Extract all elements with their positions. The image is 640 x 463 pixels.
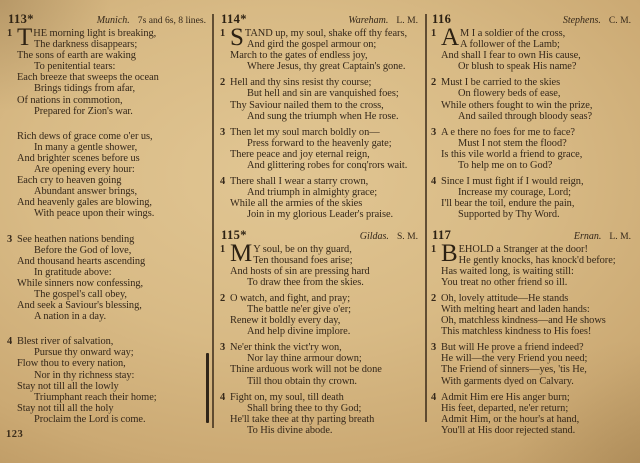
verse: 3A e there no foes for me to face?Must I… bbox=[432, 127, 634, 171]
verse-line: See heathen nations bending bbox=[17, 234, 209, 245]
verse-line: Ne'er think the vict'ry won, bbox=[230, 342, 421, 353]
verse-line: Oh, matchless kindness—and He shows bbox=[441, 315, 634, 326]
verse-line: He gently knocks, has knock'd before; bbox=[441, 255, 634, 266]
meter-label: C. M. bbox=[609, 15, 631, 26]
verse: 4There shall I wear a starry crown,And t… bbox=[221, 176, 421, 220]
verse-number: 3 bbox=[220, 127, 225, 138]
verse-line: Nor in thy richness stay: bbox=[17, 370, 209, 381]
verse-line: Or blush to speak His name? bbox=[441, 61, 634, 72]
hymn-115: 115*Gildas.S. M.1MY soul, be on thy guar… bbox=[221, 226, 421, 437]
verse-line: BEHOLD a Stranger at the door! bbox=[441, 244, 634, 255]
hymn-header: 113*Munich.7s and 6s, 8 lines. bbox=[8, 10, 206, 24]
tune-and-meter: Ernan.L. M. bbox=[574, 226, 631, 244]
verse: 1MY soul, be on thy guard,Ten thousand f… bbox=[221, 244, 421, 288]
verse-line: Rich dews of grace come o'er us, bbox=[17, 131, 209, 142]
verse-line: And triumph in almighty grace; bbox=[230, 187, 421, 198]
verse-line: And gird the gospel armour on; bbox=[230, 39, 421, 50]
verse-line: He will—the very Friend you need; bbox=[441, 353, 634, 364]
hymn-column-1: 113*Munich.7s and 6s, 8 lines.1THE morni… bbox=[8, 10, 209, 439]
verse: 4Fight on, my soul, till deathShall brin… bbox=[221, 392, 421, 436]
verse-line: He'll take thee at thy parting breath bbox=[230, 414, 421, 425]
verse-number: 1 bbox=[7, 28, 12, 39]
verse: 1BEHOLD a Stranger at the door!He gently… bbox=[432, 244, 634, 288]
verse-line: And brighter scenes before us bbox=[17, 153, 209, 164]
verse-line: And help divine implore. bbox=[230, 326, 421, 337]
tune-and-meter: Stephens.C. M. bbox=[563, 10, 631, 28]
verse-line: O watch, and fight, and pray; bbox=[230, 293, 421, 304]
verse-line: On flowery beds of ease, bbox=[441, 88, 634, 99]
verse-number: 2 bbox=[220, 293, 225, 304]
meter-label: L. M. bbox=[396, 15, 418, 26]
verse-line: There peace and joy eternal reign, bbox=[230, 149, 421, 160]
verse-number: 2 bbox=[431, 77, 436, 88]
verse-number: 1 bbox=[431, 244, 436, 255]
verse-line: I'll bear the toil, endure the pain, bbox=[441, 198, 634, 209]
page-number: 123 bbox=[6, 429, 23, 440]
tune-and-meter: Munich.7s and 6s, 8 lines. bbox=[97, 10, 206, 28]
meter-label: L. M. bbox=[609, 231, 631, 242]
verse: 1STAND up, my soul, shake off thy fears,… bbox=[221, 28, 421, 72]
verse: 3Ne'er think the vict'ry won,Nor lay thi… bbox=[221, 342, 421, 386]
verse-line: Press forward to the heavenly gate; bbox=[230, 138, 421, 149]
verse-number: 4 bbox=[431, 176, 436, 187]
verse-line: Blest river of salvation, bbox=[17, 336, 209, 347]
hymn-column-2: 114*Wareham.L. M.1STAND up, my soul, sha… bbox=[221, 10, 421, 441]
verse-line: Supported by Thy Word. bbox=[441, 209, 634, 220]
verse-line: Stay not till all the lowly bbox=[17, 381, 209, 392]
verse: 3Then let my soul march boldly on—Press … bbox=[221, 127, 421, 171]
verse-line: The gospel's call obey, bbox=[17, 289, 209, 300]
verse-line: Renew it boldly every day, bbox=[230, 315, 421, 326]
scanned-hymnal-page: 113*Munich.7s and 6s, 8 lines.1THE morni… bbox=[0, 0, 640, 463]
verse-number: 3 bbox=[7, 234, 12, 245]
verse-line: Till thou obtain thy crown. bbox=[230, 376, 421, 387]
verse-line: Before the God of love, bbox=[17, 245, 209, 256]
verse: 3See heathen nations bendingBefore the G… bbox=[8, 234, 209, 323]
tune-name: Wareham. bbox=[348, 15, 388, 26]
verse-line: Join in my glorious Leader's praise. bbox=[230, 209, 421, 220]
verse-line: The darkness disappears; bbox=[17, 39, 209, 50]
verse-line: Increase my courage, Lord; bbox=[441, 187, 634, 198]
verse-line: Prepared for Zion's war. bbox=[17, 106, 209, 117]
verse-line: With melting heart and laden hands: bbox=[441, 304, 634, 315]
verse-number: 2 bbox=[220, 77, 225, 88]
verse-line: Of nations in commotion, bbox=[17, 95, 209, 106]
verse-line: Ten thousand foes arise; bbox=[230, 255, 421, 266]
verse-line: THE morning light is breaking, bbox=[17, 28, 209, 39]
verse-line: Shall bring thee to thy God; bbox=[230, 403, 421, 414]
hymn-header: 114*Wareham.L. M. bbox=[221, 10, 418, 24]
verse-line: A e there no foes for me to face? bbox=[441, 127, 634, 138]
verse-line: Must I not stem the flood? bbox=[441, 138, 634, 149]
verse-number: 4 bbox=[431, 392, 436, 403]
verse-line: You'll at His door rejected stand. bbox=[441, 425, 634, 436]
verse-line: Is this vile world a friend to grace, bbox=[441, 149, 634, 160]
verse-line: But will He prove a friend indeed? bbox=[441, 342, 634, 353]
dropcap-letter: A bbox=[441, 28, 459, 48]
verse-number: 4 bbox=[7, 336, 12, 347]
verse-line: To penitential tears: bbox=[17, 61, 209, 72]
verse-line: To help me on to God? bbox=[441, 160, 634, 171]
verse-line: And thousand hearts ascending bbox=[17, 256, 209, 267]
verse-line: While others fought to win the prize, bbox=[441, 100, 634, 111]
verse: 2Oh, lovely attitude—He standsWith melti… bbox=[432, 293, 634, 337]
ink-smudge bbox=[206, 353, 209, 423]
column-divider-2 bbox=[425, 14, 427, 422]
meter-label: S. M. bbox=[397, 231, 418, 242]
verse-line: And shall I fear to own His cause, bbox=[441, 50, 634, 61]
tune-name: Ernan. bbox=[574, 231, 602, 242]
verse-line: But hell and sin are vanquished foes; bbox=[230, 88, 421, 99]
verse-line: This matchless kindness to His foes! bbox=[441, 326, 634, 337]
verse: 3But will He prove a friend indeed?He wi… bbox=[432, 342, 634, 386]
verse-number: 1 bbox=[220, 244, 225, 255]
verse-line: Abundant answer brings, bbox=[17, 186, 209, 197]
verse-number: 1 bbox=[431, 28, 436, 39]
verse: 2Must I be carried to the skiesOn flower… bbox=[432, 77, 634, 121]
hymn-114: 114*Wareham.L. M.1STAND up, my soul, sha… bbox=[221, 10, 421, 221]
verse-line: Has waited long, is waiting still: bbox=[441, 266, 634, 277]
verse-line: The Friend of sinners—yes, 'tis He, bbox=[441, 364, 634, 375]
verse: 1THE morning light is breaking,The darkn… bbox=[8, 28, 209, 117]
verse-line: While all the armies of the skies bbox=[230, 198, 421, 209]
verse-line: In many a gentle shower, bbox=[17, 142, 209, 153]
tune-name: Gildas. bbox=[360, 231, 389, 242]
verse-line: Triumphant reach their home; bbox=[17, 392, 209, 403]
verse: 1AM I a soldier of the cross,A follower … bbox=[432, 28, 634, 72]
verse-line: Fight on, my soul, till death bbox=[230, 392, 421, 403]
verse-line: Each cry to heaven going bbox=[17, 175, 209, 186]
verse-number: 3 bbox=[431, 342, 436, 353]
verse-line: His feet, departed, ne'er return; bbox=[441, 403, 634, 414]
verse-number: 2 bbox=[431, 293, 436, 304]
verse-line: There shall I wear a starry crown, bbox=[230, 176, 421, 187]
verse-line: Are opening every hour: bbox=[17, 164, 209, 175]
verse-number: 3 bbox=[220, 342, 225, 353]
verse-line: And sung the triumph when He rose. bbox=[230, 111, 421, 122]
verse-line: To His divine abode. bbox=[230, 425, 421, 436]
tune-name: Munich. bbox=[97, 15, 130, 26]
hymn-header: 117Ernan.L. M. bbox=[432, 226, 631, 240]
verse-line: A nation in a day. bbox=[17, 311, 209, 322]
verse-line: And seek a Saviour's blessing, bbox=[17, 300, 209, 311]
verse-line: While sinners now confessing, bbox=[17, 278, 209, 289]
tune-and-meter: Gildas.S. M. bbox=[360, 226, 418, 244]
verse-line: Stay not till all the holy bbox=[17, 403, 209, 414]
hymn-117: 117Ernan.L. M.1BEHOLD a Stranger at the … bbox=[432, 226, 634, 437]
dropcap-letter: M bbox=[230, 244, 252, 264]
verse: Rich dews of grace come o'er us,In many … bbox=[8, 131, 209, 220]
verse-number: 4 bbox=[220, 392, 225, 403]
verse-line: You treat no other friend so ill. bbox=[441, 277, 634, 288]
verse-line: MY soul, be on thy guard, bbox=[230, 244, 421, 255]
verse-line: And heavenly gales are blowing, bbox=[17, 197, 209, 208]
verse-line: The battle ne'er give o'er; bbox=[230, 304, 421, 315]
verse-line: Each breeze that sweeps the ocean bbox=[17, 72, 209, 83]
verse-line: March to the gates of endless joy, bbox=[230, 50, 421, 61]
hymn-116: 116Stephens.C. M.1AM I a soldier of the … bbox=[432, 10, 634, 221]
hymn-header: 115*Gildas.S. M. bbox=[221, 226, 418, 240]
verse-line: Admit Him ere His anger burn; bbox=[441, 392, 634, 403]
verse-line: Then let my soul march boldly on— bbox=[230, 127, 421, 138]
verse-number: 4 bbox=[220, 176, 225, 187]
dropcap-letter: B bbox=[441, 244, 458, 264]
hymn-header: 116Stephens.C. M. bbox=[432, 10, 631, 24]
hymn-column-3: 116Stephens.C. M.1AM I a soldier of the … bbox=[432, 10, 634, 441]
verse-line: Must I be carried to the skies bbox=[441, 77, 634, 88]
verse-line: Oh, lovely attitude—He stands bbox=[441, 293, 634, 304]
verse-line: And hosts of sin are pressing hard bbox=[230, 266, 421, 277]
verse-line: AM I a soldier of the cross, bbox=[441, 28, 634, 39]
verse-line: To draw thee from the skies. bbox=[230, 277, 421, 288]
verse: 4Admit Him ere His anger burn;His feet, … bbox=[432, 392, 634, 436]
verse-line: Thine arduous work will not be done bbox=[230, 364, 421, 375]
verse-number: 3 bbox=[431, 127, 436, 138]
verse-line: Brings tidings from afar, bbox=[17, 83, 209, 94]
verse: 4Since I must fight if I would reign,Inc… bbox=[432, 176, 634, 220]
verse-line: A follower of the Lamb; bbox=[441, 39, 634, 50]
verse-line: And glittering robes for conq'rors wait. bbox=[230, 160, 421, 171]
verse-line: Pursue thy onward way; bbox=[17, 347, 209, 358]
tune-name: Stephens. bbox=[563, 15, 601, 26]
verse-line: Thy Saviour nailed them to the cross, bbox=[230, 100, 421, 111]
verse-line: Nor lay thine armour down; bbox=[230, 353, 421, 364]
verse-line: Since I must fight if I would reign, bbox=[441, 176, 634, 187]
verse-line: The sons of earth are waking bbox=[17, 50, 209, 61]
verse-line: With garments dyed on Calvary. bbox=[441, 376, 634, 387]
verse-line: STAND up, my soul, shake off thy fears, bbox=[230, 28, 421, 39]
verse-line: With peace upon their wings. bbox=[17, 208, 209, 219]
verse: 2Hell and thy sins resist thy course;But… bbox=[221, 77, 421, 121]
verse-line: And sailed through bloody seas? bbox=[441, 111, 634, 122]
tune-and-meter: Wareham.L. M. bbox=[348, 10, 418, 28]
verse-line: Where Jesus, thy great Captain's gone. bbox=[230, 61, 421, 72]
verse-line: Hell and thy sins resist thy course; bbox=[230, 77, 421, 88]
verse-line: Admit Him, or the hour's at hand, bbox=[441, 414, 634, 425]
dropcap-letter: T bbox=[17, 28, 32, 48]
verse-line: In gratitude above: bbox=[17, 267, 209, 278]
verse-number: 1 bbox=[220, 28, 225, 39]
meter-label: 7s and 6s, 8 lines. bbox=[138, 15, 206, 26]
verse: 2O watch, and fight, and pray;The battle… bbox=[221, 293, 421, 337]
verse: 4Blest river of salvation,Pursue thy onw… bbox=[8, 336, 209, 425]
verse-line: Flow thou to every nation, bbox=[17, 358, 209, 369]
column-divider-1 bbox=[212, 14, 214, 428]
verse-line: Proclaim the Lord is come. bbox=[17, 414, 209, 425]
dropcap-letter: S bbox=[230, 28, 244, 48]
hymn-113: 113*Munich.7s and 6s, 8 lines.1THE morni… bbox=[8, 10, 209, 425]
